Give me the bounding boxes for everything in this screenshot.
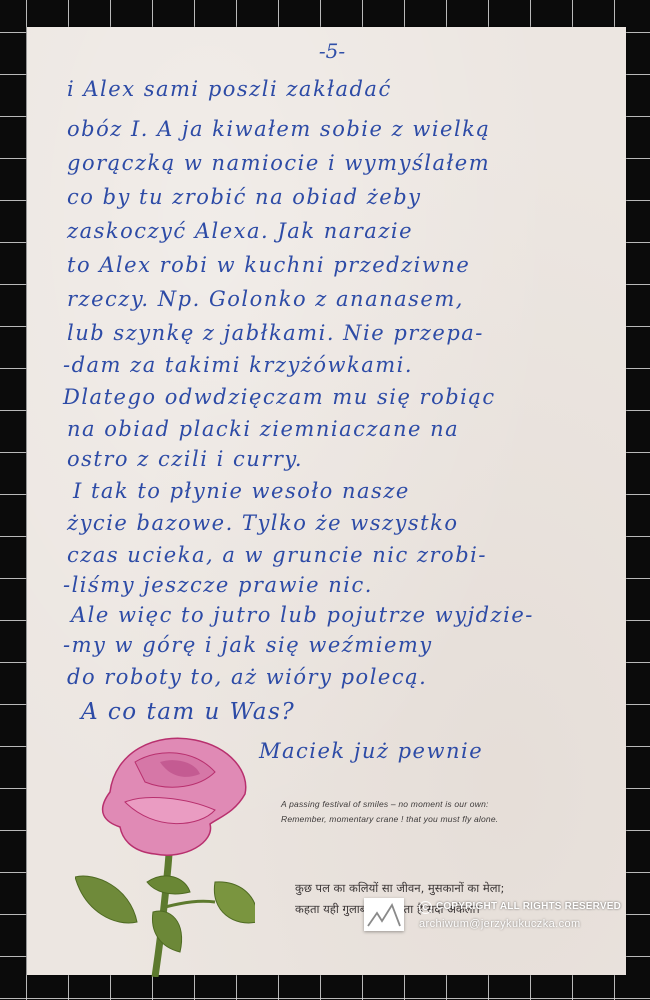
rose-illustration-icon bbox=[75, 732, 255, 977]
letter-page: -5- i Alex sami poszli zakładać obóz I. … bbox=[27, 27, 626, 975]
printed-caption-english: Remember, momentary crane ! that you mus… bbox=[281, 814, 498, 824]
handwritten-line: Dlatego odwdzięczam mu się robiąc bbox=[63, 385, 496, 409]
handwritten-line: do roboty to, aż wióry polecą. bbox=[67, 665, 427, 689]
handwritten-line: Maciek już pewnie bbox=[259, 739, 483, 763]
handwritten-line: na obiad placki ziemniaczane na bbox=[67, 417, 459, 441]
handwritten-line: to Alex robi w kuchni przedziwne bbox=[67, 253, 470, 277]
archive-watermark: CCOPYRIGHT ALL RIGHTS RESERVED archiwum@… bbox=[364, 898, 626, 943]
copyright-icon: C bbox=[419, 901, 432, 914]
handwritten-line: rzeczy. Np. Golonko z ananasem, bbox=[67, 287, 464, 311]
handwritten-line: -dam za takimi krzyżówkami. bbox=[63, 353, 413, 377]
archive-email: archiwum@jerzykukuczka.com bbox=[419, 918, 581, 930]
copyright-notice: CCOPYRIGHT ALL RIGHTS RESERVED bbox=[419, 901, 621, 914]
handwritten-line: Ale więc to jutro lub pojutrze wyjdzie- bbox=[71, 603, 534, 627]
handwritten-line: I tak to płynie wesoło nasze bbox=[73, 479, 410, 503]
mountain-logo-icon bbox=[364, 898, 404, 931]
handwritten-line: zaskoczyć Alexa. Jak narazie bbox=[67, 219, 413, 243]
handwritten-line: i Alex sami poszli zakładać bbox=[67, 77, 392, 101]
handwritten-line: lub szynkę z jabłkami. Nie przepa- bbox=[67, 321, 484, 345]
printed-caption-hindi: कुछ पल का कलियों सा जीवन, मुसकानों का मे… bbox=[295, 881, 504, 896]
printed-caption-english: A passing festival of smiles – no moment… bbox=[281, 799, 489, 809]
handwritten-line: gorączką w namiocie i wymyślałem bbox=[67, 151, 490, 175]
handwritten-line: co by tu zrobić na obiad żeby bbox=[67, 185, 422, 209]
page-number: -5- bbox=[312, 39, 352, 63]
handwritten-line: czas ucieka, a w gruncie nic zrobi- bbox=[67, 543, 487, 567]
handwritten-line: A co tam u Was? bbox=[81, 699, 295, 725]
handwritten-line: ostro z czili i curry. bbox=[67, 447, 303, 471]
copyright-text: COPYRIGHT ALL RIGHTS RESERVED bbox=[436, 901, 621, 912]
handwritten-line: obóz I. A ja kiwałem sobie z wielką bbox=[67, 117, 490, 141]
handwritten-line: -my w górę i jak się weźmiemy bbox=[63, 633, 433, 657]
handwritten-line: -liśmy jeszcze prawie nic. bbox=[63, 573, 373, 597]
handwritten-line: życie bazowe. Tylko że wszystko bbox=[67, 511, 459, 535]
